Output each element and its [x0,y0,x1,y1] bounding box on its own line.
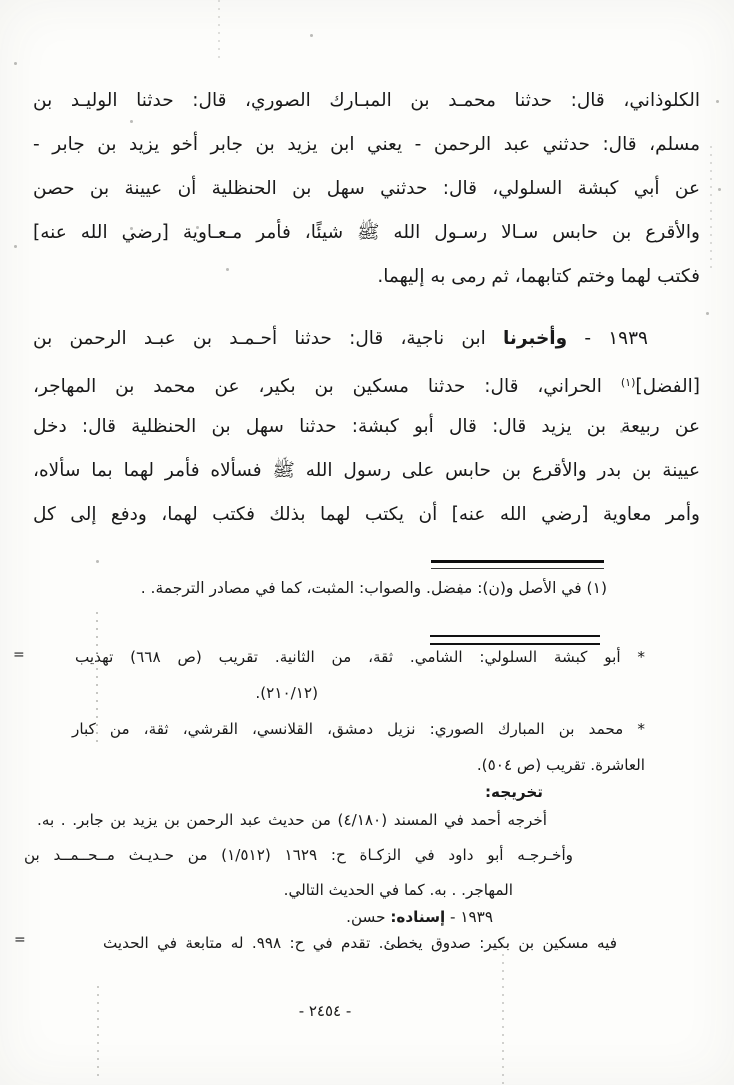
commentary-line: * محمد بن المبارك الصوري: نزيل دمشق، الق… [72,717,645,741]
scan-speck [14,245,17,248]
body-line: فكتب لهما وختم كتابهما، ثم رمى به إليهما… [33,262,700,292]
scan-speck [706,312,709,315]
isnad-grading-line: ١٩٣٩ - إسناده: حسن. [346,905,493,929]
continuation-marker: = [13,647,25,663]
commentary-line: فيه مسكين بن بكير: صدوق يخطئ. تقدم في ح:… [103,931,617,955]
scanned-page: الكلوذاني، قال: حدثنا محمـد بن المبـارك … [0,0,734,1085]
scan-speck [96,560,99,563]
scan-streak [97,986,99,1082]
scan-streak [710,146,712,268]
page-number: - ٢٤٥٤ - [240,1002,410,1020]
commentary-line: أخرجه أحمد في المسند (٤/١٨٠) من حديث عبد… [37,808,547,832]
body-line: عيينة بن بدر والأقرع بن حابس على رسول ال… [33,456,700,486]
body-line: وأمر معاوية [رضي الله عنه] أن يكتب لهما … [33,500,700,530]
scan-speck [718,188,721,191]
takhrij-heading: تخريجه: [485,780,543,804]
body-line: والأقرع بن حابس سـالا رسـول الله ﷺ شيئًا… [33,218,700,248]
body-line: مسلم، قال: حدثني عبد الرحمن - يعني ابن ي… [33,130,700,160]
body-line: [الفضل](١) الحراني، قال: حدثنا مسكين بن … [33,368,700,402]
footnote-text: (١) في الأصل و(ن): مفضل. والصواب: المثبت… [141,579,607,597]
scan-speck [460,592,463,595]
commentary-line: * أبو كبشة السلولي: الشامي. ثقة، من الثا… [75,645,645,669]
commentary-line: العاشرة. تقريب (ص ٥٠٤). [477,753,645,777]
body-line: عن ربيعة بن يزيد قال: قال أبو كبشة: حدثن… [33,412,700,442]
commentary-line: (٢١٠/١٢). [255,681,318,705]
commentary-line: المهاجر. . به. كما في الحديث التالي. [284,878,513,902]
body-line: عن أبي كبشة السلولي، قال: حدثني سهل بن ا… [33,174,700,204]
scan-speck [130,227,133,230]
hadith-number-line: ١٩٣٩ - وأخبرنا ابن ناجية، قال: حدثنا أحـ… [33,324,700,354]
scan-streak [96,612,98,742]
scan-streak [218,0,220,58]
footnote-separator [431,560,604,569]
scan-speck [310,34,313,37]
scan-streak [502,938,504,1085]
continuation-marker: = [14,932,26,948]
scan-speck [130,120,133,123]
commentary-separator [430,635,600,645]
scan-speck [620,430,623,433]
commentary-line: وأخـرجـه أبو داود في الزكـاة ح: ١٦٢٩ (١/… [24,843,573,867]
scan-speck [196,226,199,229]
scan-speck [14,62,17,65]
scan-speck [226,268,229,271]
body-line: الكلوذاني، قال: حدثنا محمـد بن المبـارك … [33,86,700,116]
scan-speck [716,100,719,103]
